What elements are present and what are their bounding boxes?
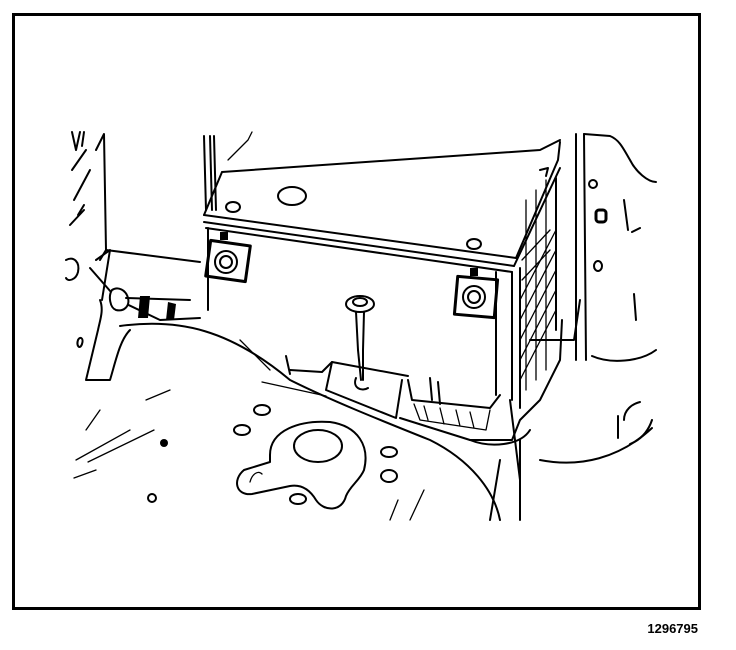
battery-terminal-left [206,232,251,282]
battery-illustration [0,0,736,650]
battery [204,132,560,408]
battery-hold-down-bolt [346,296,374,390]
figure-number: 1296795 [647,621,698,636]
body-panel-right [540,134,656,463]
battery-terminal-right [454,268,497,318]
body-panel-left [66,132,200,380]
